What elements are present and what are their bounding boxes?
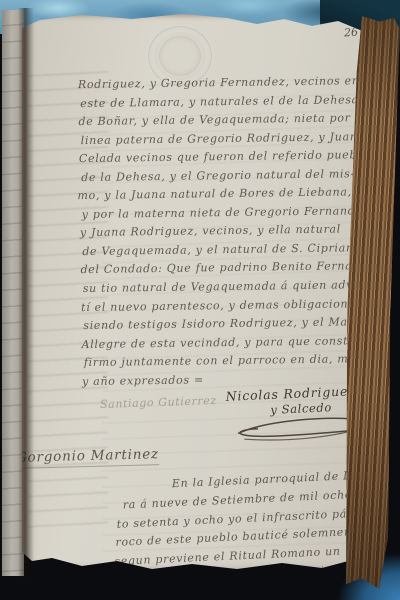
signature-faded-left: Santiago Gutierrez (100, 394, 217, 411)
previous-page-edge (2, 10, 24, 576)
margin-entry-name: Gorgonio Martinez (16, 446, 159, 469)
book-page: 26 Rodriguez, y Gregoria Fernandez, veci… (22, 12, 374, 578)
embossed-seal-inner-ring (159, 36, 201, 76)
photo-of-register-page: 26 Rodriguez, y Gregoria Fernandez, veci… (0, 0, 400, 600)
baptism-record-text: Rodriguez, y Gregoria Fernandez, vecinos… (78, 72, 382, 391)
